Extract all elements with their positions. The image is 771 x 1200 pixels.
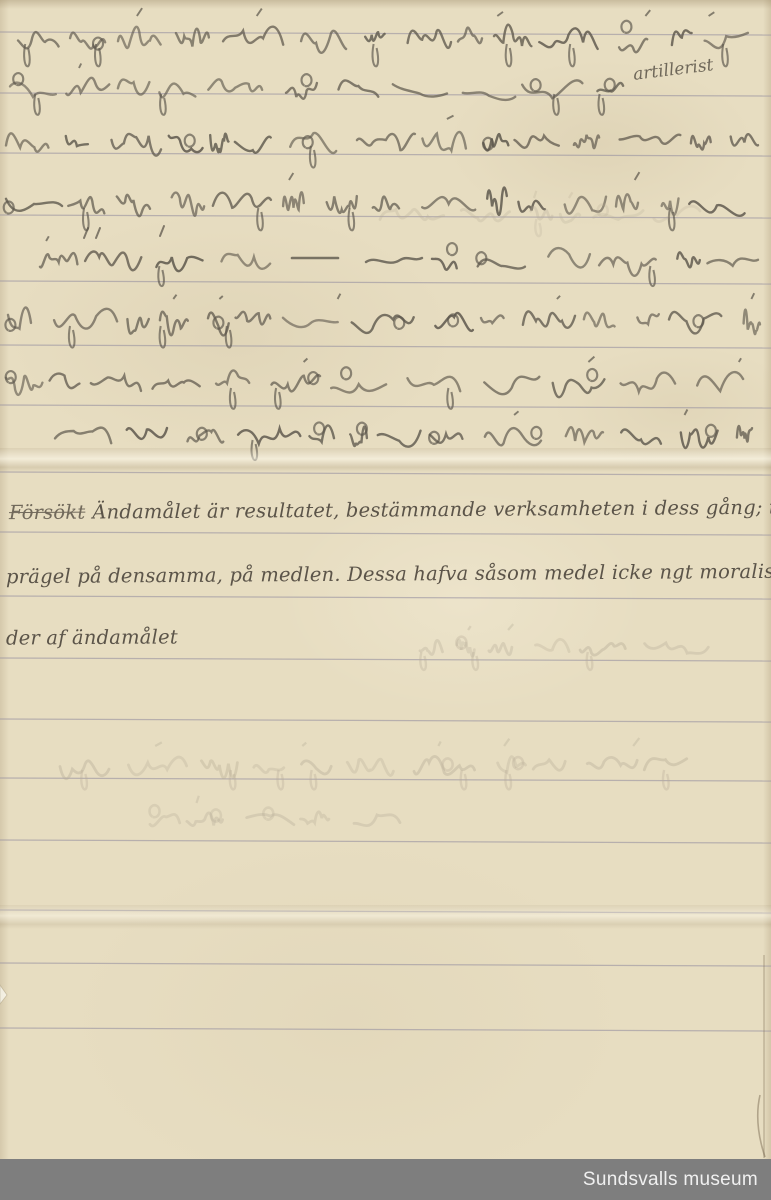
manuscript-page: artillerist FörsöktÄndamålet är resultat… <box>0 0 771 1200</box>
watermark-text: Sundsvalls museum <box>583 1169 758 1191</box>
ruled-lines-and-shorthand-strokes <box>0 0 771 1200</box>
watermark-bar: Sundsvalls museum <box>0 1159 771 1200</box>
handwritten-text: Ändamålet är resultatet, bestämmande ver… <box>92 495 771 524</box>
struck-through-word: Försökt <box>9 501 85 525</box>
handwritten-line-3: der af ändamålet <box>6 625 178 649</box>
